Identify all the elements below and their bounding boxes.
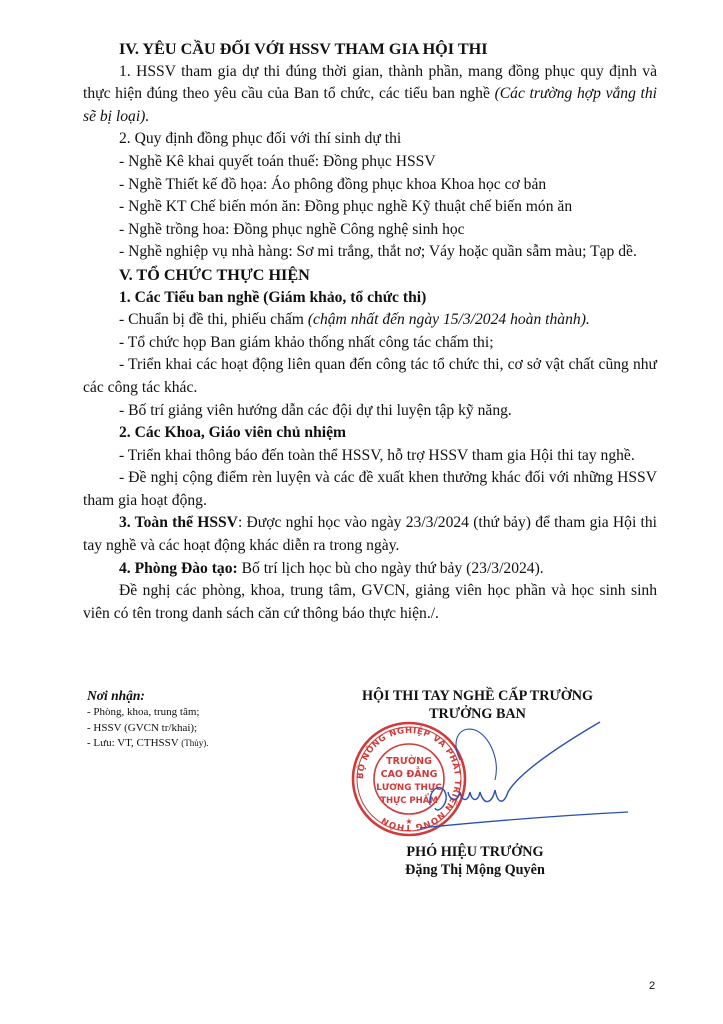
document-page: IV. YÊU CẦU ĐỐI VỚI HSSV THAM GIA HỘI TH… (0, 0, 723, 1024)
recipient-item: - HSSV (GVCN tr/khai); (87, 721, 327, 737)
recipient-item: - Phòng, khoa, trung tâm; (87, 705, 327, 721)
signature-org: HỘI THI TAY NGHỀ CẤP TRƯỜNG (330, 687, 625, 705)
section-v-sub2-item: - Triển khai thông báo đến toàn thể HSSV… (83, 445, 657, 468)
section-v-sub1-item: - Triển khai các hoạt động liên quan đến… (83, 354, 657, 399)
section-v-sub1-heading: 1. Các Tiểu ban nghề (Giám khảo, tổ chức… (83, 287, 657, 310)
recipient-archive: - Lưu: VT, CTHSSV (Thủy). (87, 736, 327, 752)
page-number: 2 (649, 980, 655, 992)
signatory-name: Đặng Thị Mộng Quyên (350, 861, 600, 879)
section-iv-item-1: 1. HSSV tham gia dự thi đúng thời gian, … (83, 61, 657, 129)
recipients-title: Nơi nhận: (87, 687, 327, 705)
section-v-sub4: 4. Phòng Đào tạo: Bố trí lịch học bù cho… (83, 558, 657, 581)
recipients-block: Nơi nhận: - Phòng, khoa, trung tâm; - HS… (87, 687, 327, 752)
uniform-item: - Nghề Kê khai quyết toán thuế: Đồng phụ… (83, 151, 657, 174)
section-v-sub2-heading: 2. Các Khoa, Giáo viên chủ nhiệm (83, 422, 657, 445)
archive-note: (Thủy). (181, 738, 208, 748)
section-v-sub1-item: - Chuẩn bị đề thi, phiếu chấm (chậm nhất… (83, 309, 657, 332)
handwritten-signature-icon (400, 720, 630, 840)
sub4-label: 4. Phòng Đào tạo: (119, 560, 238, 577)
section-iv-heading: IV. YÊU CẦU ĐỐI VỚI HSSV THAM GIA HỘI TH… (83, 38, 657, 61)
section-v-sub3: 3. Toàn thể HSSV: Được nghỉ học vào ngày… (83, 512, 657, 557)
section-v-sub1-item: - Tổ chức họp Ban giám khảo thống nhất c… (83, 332, 657, 355)
section-v-sub2-item: - Đề nghị cộng điểm rèn luyện và các đề … (83, 467, 657, 512)
sub3-label: 3. Toàn thể HSSV (119, 514, 238, 531)
uniform-item: - Nghề trồng hoa: Đồng phục nghề Công ng… (83, 219, 657, 242)
signature-header: HỘI THI TAY NGHỀ CẤP TRƯỜNG TRƯỞNG BAN (330, 687, 625, 723)
item-note: (chậm nhất đến ngày 15/3/2024 hoàn thành… (308, 311, 590, 328)
section-v-sub1-item: - Bố trí giảng viên hướng dẫn các đội dự… (83, 400, 657, 423)
signatory-role: PHÓ HIỆU TRƯỞNG (350, 843, 600, 861)
closing-paragraph: Đề nghị các phòng, khoa, trung tâm, GVCN… (83, 580, 657, 625)
section-iv-item-2-heading: 2. Quy định đồng phục đối với thí sinh d… (83, 128, 657, 151)
section-v-heading: V. TỔ CHỨC THỰC HIỆN (83, 264, 657, 287)
uniform-item: - Nghề nghiệp vụ nhà hàng: Sơ mi trắng, … (83, 241, 657, 264)
item-text: - Chuẩn bị đề thi, phiếu chấm (119, 311, 308, 328)
sub4-text: Bố trí lịch học bù cho ngày thứ bảy (23/… (238, 560, 544, 577)
signatory-block: PHÓ HIỆU TRƯỞNG Đặng Thị Mộng Quyên (350, 843, 600, 879)
archive-text: - Lưu: VT, CTHSSV (87, 737, 181, 749)
uniform-item: - Nghề KT Chế biến món ăn: Đồng phục ngh… (83, 196, 657, 219)
document-body: IV. YÊU CẦU ĐỐI VỚI HSSV THAM GIA HỘI TH… (83, 38, 657, 625)
uniform-item: - Nghề Thiết kế đồ họa: Áo phông đồng ph… (83, 174, 657, 197)
